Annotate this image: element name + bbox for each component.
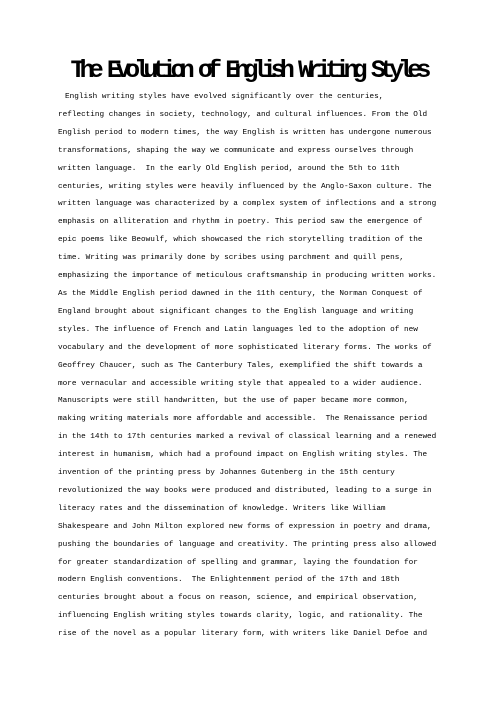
document-title: The Evolution of English Writing Styles [0,56,496,85]
document-page: The Evolution of English Writing Styles … [0,0,496,702]
document-body-text: English writing styles have evolved sign… [58,89,448,644]
